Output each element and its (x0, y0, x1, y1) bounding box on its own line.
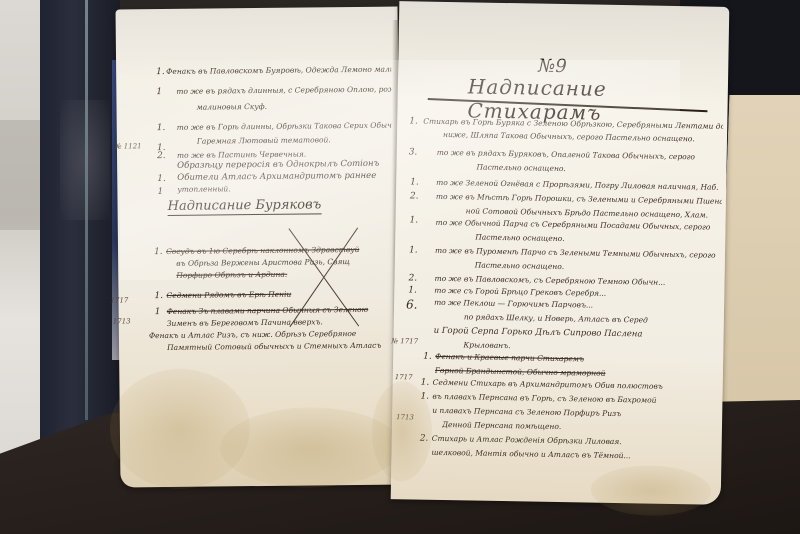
entry-text: и плавахъ Пернсана съ Зеленою Порфиръ Ри… (432, 406, 718, 420)
margin-note: 1717 (111, 296, 129, 304)
entry-text: по рядахъ Шелку, и Новерь, Атласъ въ Сер… (464, 312, 720, 325)
entry-text: Образѣцу переросія въ Однокрылъ Сотіонъ (177, 159, 392, 171)
margin-note: 1717 (395, 373, 413, 381)
water-stain (371, 381, 433, 482)
entry-text: то же Зеленой Огнёвая с Прорѣзями, Погру… (436, 178, 722, 192)
entry-number: 1 (157, 187, 163, 197)
glass-edge (85, 0, 88, 420)
entry-number: 1. (157, 123, 166, 133)
entry-text: Денной Пернсана помѣщено. (442, 420, 718, 434)
margin-note: № 1717 (391, 337, 418, 345)
entry-text: Крылованъ. (463, 340, 719, 353)
entry-text: Фенакъ и Атлас Ризъ, съ ниж. Обрѣзъ Сере… (149, 329, 395, 341)
photo-scene: № 1121 1717 1713 1. Фенакъ въ Павловском… (0, 0, 800, 534)
entry-text: и Горой Серпа Горько Дѣлъ Сипрово Паслен… (434, 326, 720, 341)
entry-number: 1. (409, 116, 418, 126)
entry-number: 1. (423, 352, 432, 362)
entry-number: 1. (157, 143, 166, 153)
entry-number: 1. (157, 174, 166, 184)
entry-number: 1. (409, 245, 418, 255)
entry-number: 6. (406, 297, 418, 311)
entry-text: Фенакъ въ Павловскомъ Буяровѣ, Одежда Ле… (166, 65, 391, 76)
entry-text: то же Пеклош — Горючимъ Парчовъ... (434, 298, 720, 312)
entry-number: 1 (156, 87, 162, 97)
entry-text: Зименъ въ Береговомъ Пачина вверхъ. (167, 317, 395, 328)
entry-text: то же въ Мѣстѣ Горѣ Порошки, съ Зелеными… (436, 192, 722, 206)
entry-text: то же въ рядахъ длинныя, с Серебряною Оп… (176, 85, 391, 96)
entry-text: Гаремная Лютовый тематовой. (197, 135, 392, 146)
entry-text: Фенакъ Зъ плавами парчина Обычныя съ Зел… (167, 305, 395, 316)
entry-text: Пастельно оснащено. (475, 261, 721, 274)
entry-number: 1. (421, 378, 430, 388)
entry-text: то же въ Горѣ длинны, Обрѣзки Такова Сер… (177, 121, 392, 132)
wall-shadow (0, 120, 40, 230)
entry-text: Фенакъ и Краевые парчи Стихаремъ (435, 352, 719, 366)
entry-text: утопленный. (177, 183, 392, 194)
entry-number: 1. (154, 291, 163, 301)
entry-text: Памятный Сотовый обычныхъ и Стемныхъ Атл… (167, 341, 395, 352)
entry-text: то же Обычной Парча съ Серебряными Посад… (435, 218, 721, 232)
entry-text: Обители Атласъ Архимандритомъ раннее (177, 171, 392, 183)
entry-text: въ плавахъ Пернсана въ Горѣ, съ Зеленою … (432, 392, 718, 406)
left-section-heading: Надписание Буряковъ (167, 197, 321, 216)
entry-number: 1. (408, 285, 417, 295)
entry-text: Пастельно оснащено. (476, 163, 722, 176)
entry-number: 1. (156, 67, 165, 77)
right-page: №9 Надписание Стихарамъ № 1717 1717 1713… (391, 1, 730, 505)
entry-text: то же въ рядахъ Буряковъ, Опаленой Таков… (437, 148, 723, 162)
entry-number: 3. (409, 147, 418, 157)
entry-number: 1 (155, 307, 161, 317)
entry-text: то же въ Пуроменѣ Парчо съ Зелеными Темн… (435, 246, 721, 260)
entry-number: 2. (408, 273, 417, 283)
entry-number: 1. (410, 177, 419, 187)
entry-number: 1. (409, 215, 418, 225)
entry-text: ниже, Шляпа Такова Обычныхъ, серого Паст… (443, 130, 723, 144)
entry-text: Седмени Стихарь въ Архимандритомъ Обив п… (433, 378, 719, 392)
entry-text: ной Сотовой Обычныхъ Брѣдо Пастельно осн… (466, 206, 722, 219)
entry-text: Стихарь и Атлас Рожденія Обрѣзки Лиловая… (432, 434, 718, 448)
entry-number: 1. (154, 247, 163, 257)
entry-text: Пастельно оснащено. (475, 233, 721, 246)
left-page: № 1121 1717 1713 1. Фенакъ въ Павловском… (116, 7, 403, 488)
entry-text: шелковой, Мантія обычно и Атласъ въ Тёмн… (431, 448, 717, 462)
margin-note: 1713 (113, 317, 131, 325)
margin-note: № 1121 (115, 142, 142, 150)
entry-number: 2. (410, 191, 419, 201)
page-number: №9 (538, 56, 567, 77)
entry-text: малиновыя Скуф. (196, 101, 391, 112)
